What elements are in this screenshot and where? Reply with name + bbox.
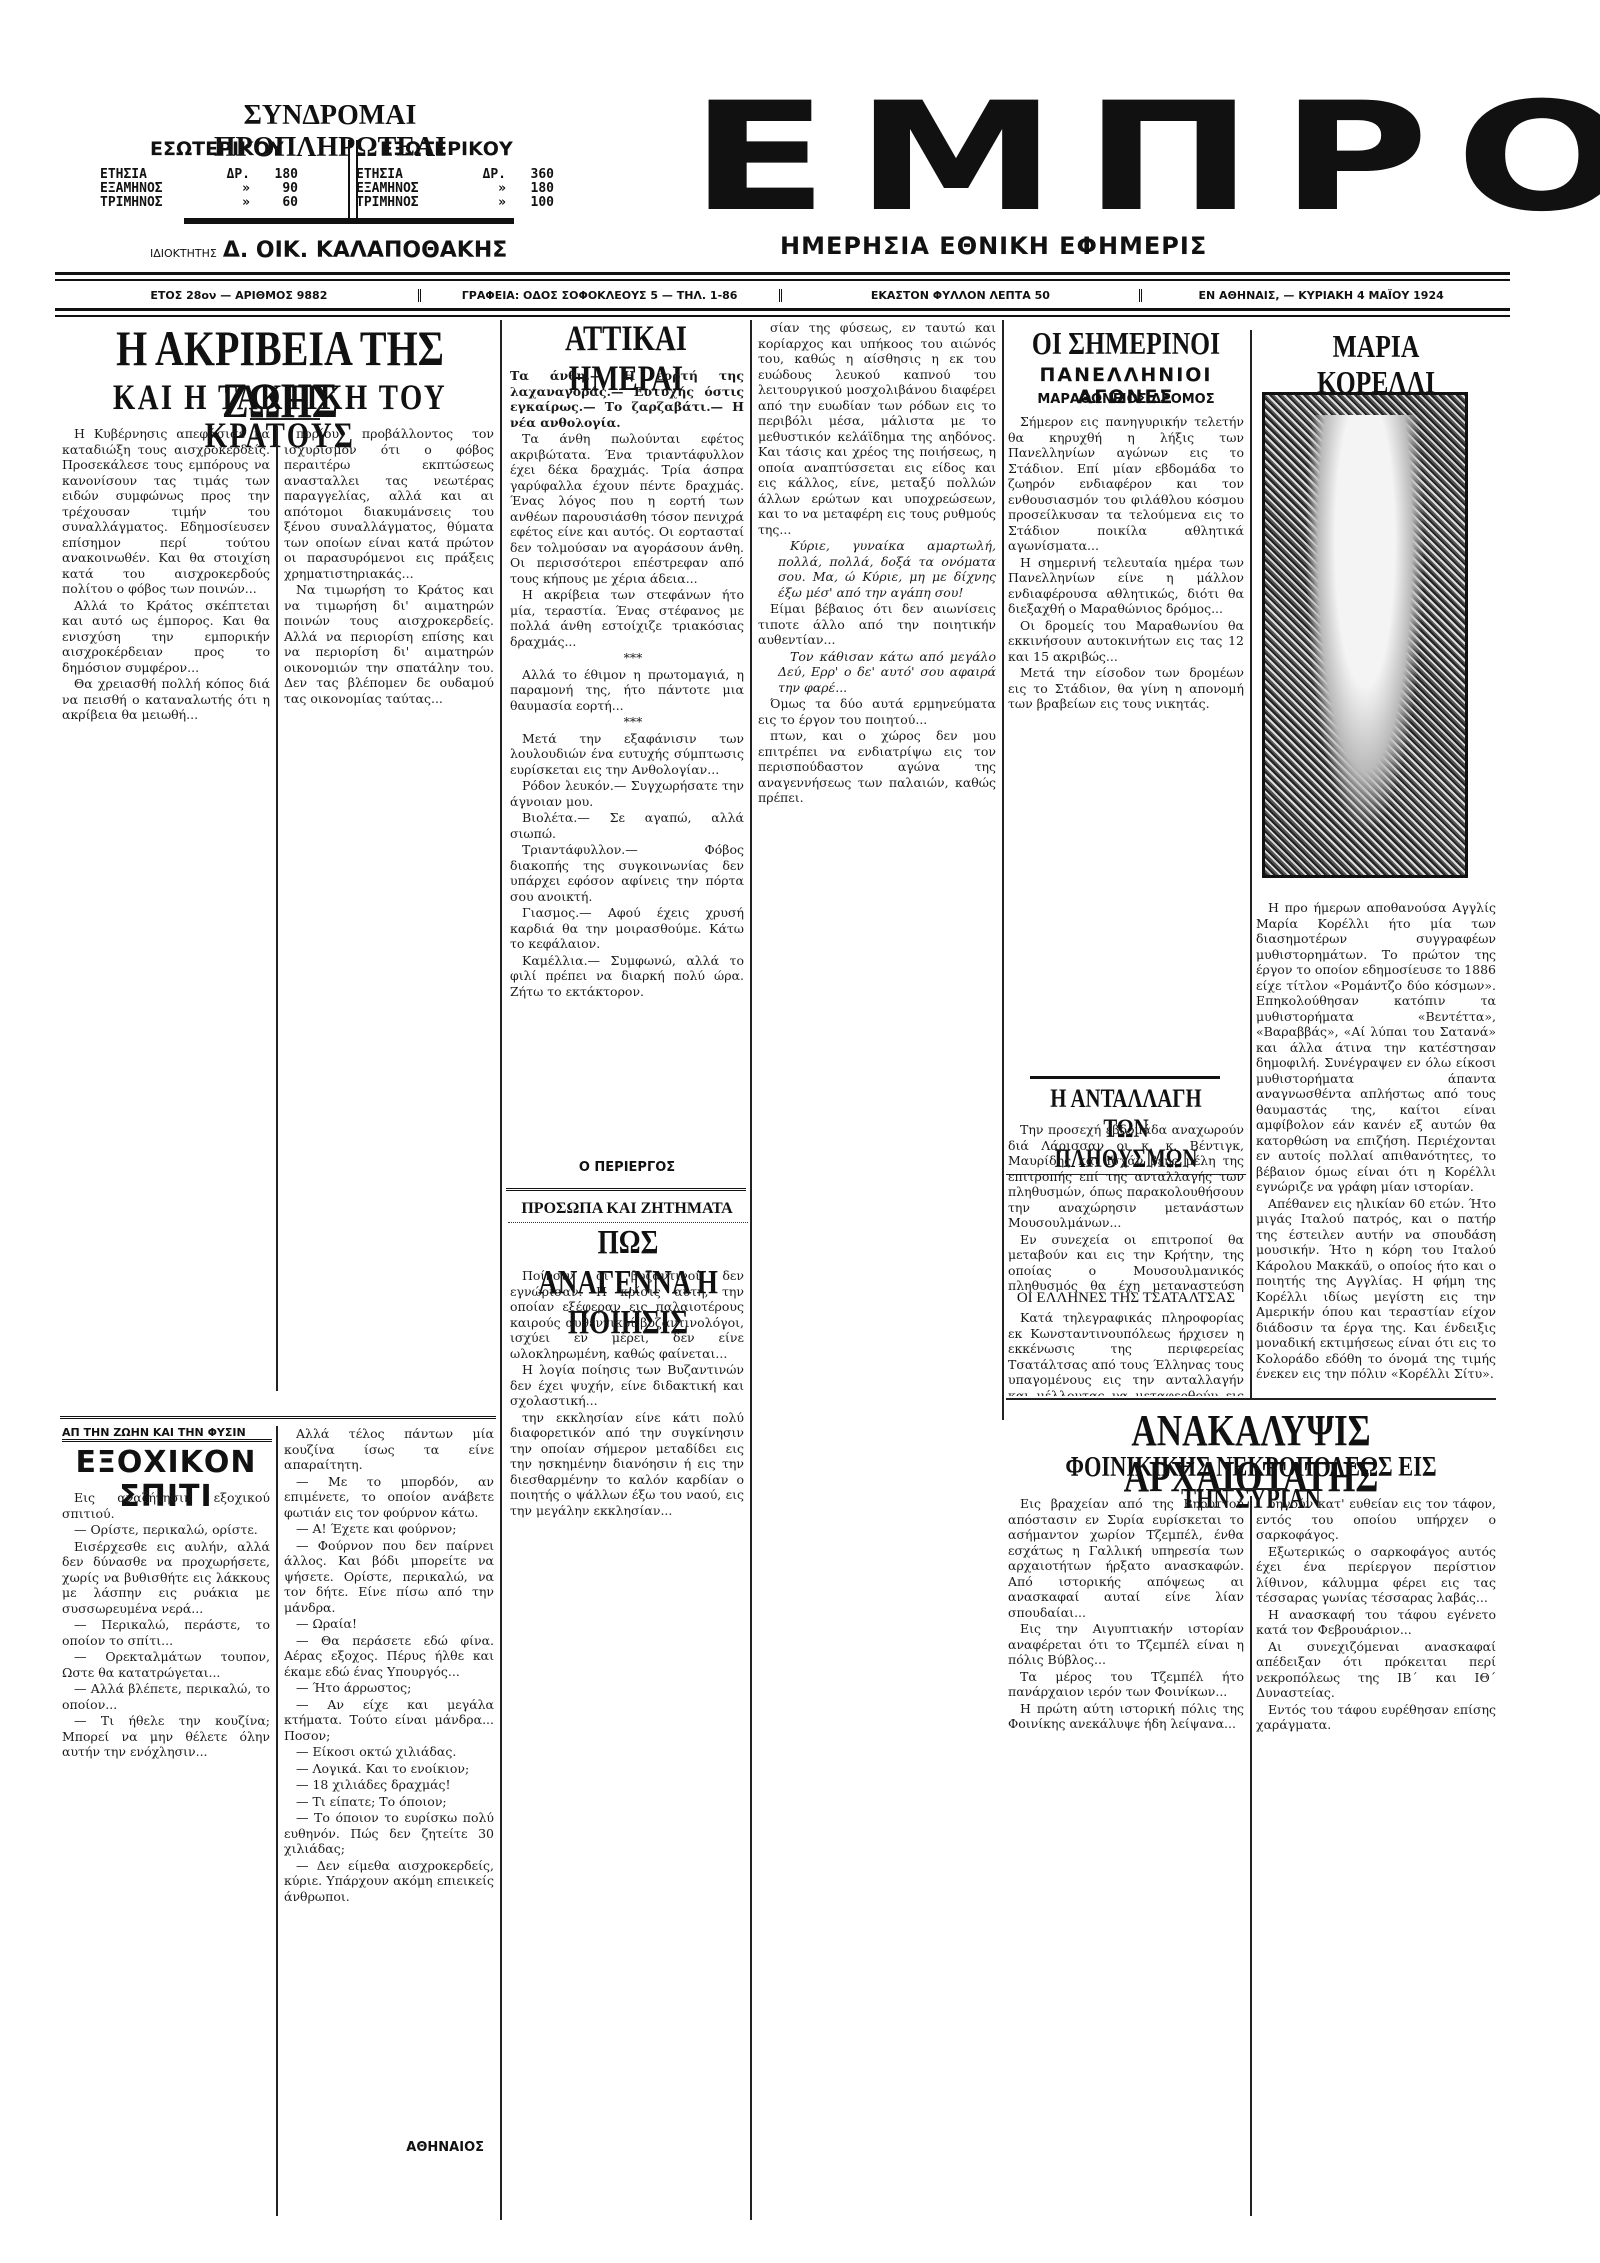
issue-price: ΕΚΑΣΤΟΝ ΦΥΛΛΟΝ ΛΕΠΤΑ 50 bbox=[782, 289, 1143, 302]
attikai-signature: Ο ΠΕΡΙΕΡΓΟΣ bbox=[510, 1160, 744, 1175]
dateline: ΕΝ ΑΘΗΝΑΙΣ, — ΚΥΡΙΑΚΗ 4 ΜΑΪΟΥ 1924 bbox=[1142, 289, 1500, 302]
article-akriveia-col1: Η Κυβέρνησις απεφάσισε να καταδιώξη τους… bbox=[62, 426, 270, 1396]
column-rule bbox=[1250, 1496, 1252, 2216]
divider bbox=[506, 1188, 746, 1191]
article-attikai-col1: Τα άνθη.— Η εορτή της λαχαναγοράς.— Ευτυ… bbox=[510, 368, 744, 1158]
kicker-prosopa: ΠΡΟΣΩΠΑ ΚΑΙ ΖΗΤΗΜΑΤΑ bbox=[510, 1200, 744, 1218]
price-row: ΤΡΙΜΗΝΟΣ»60 bbox=[100, 196, 298, 210]
article-koreli: Η προ ήμερων αποθανούσα Αγγλίς Μαρία Κορ… bbox=[1256, 900, 1496, 1390]
divider bbox=[1215, 1488, 1285, 1490]
owner-name: Δ. ΟΙΚ. ΚΑΛΑΠΟΘΑΚΗΣ bbox=[223, 238, 507, 263]
exochikon-signature: ΑΘΗΝΑΙΟΣ bbox=[284, 2140, 484, 2155]
price-row: ΕΤΗΣΙΑΔΡ.180 bbox=[100, 168, 298, 182]
column-rule bbox=[1002, 320, 1004, 1420]
column-rule bbox=[750, 320, 752, 2220]
column-rule bbox=[1250, 330, 1252, 1400]
newspaper-tagline: ΗΜΕΡΗΣΙΑ ΕΘΝΙΚΗ ΕΦΗΜΕΡΙΣ bbox=[780, 232, 1207, 260]
price-row: ΕΤΗΣΙΑΔΡ.360 bbox=[356, 168, 554, 182]
article-agones: Σήμερον εις πανηγυρικήν τελετήν θα κηρυχ… bbox=[1008, 414, 1244, 1069]
article-akriveia-col2: πορίου, προβάλλοντος τον ισχυρισμόν ότι … bbox=[284, 426, 494, 1396]
column-rule bbox=[276, 1426, 278, 2216]
price-row: ΕΞΑΜΗΝΟΣ»180 bbox=[356, 182, 554, 196]
owner-line: ΙΔΙΟΚΤΗΤΗΣΔ. ΟΙΚ. ΚΑΛΑΠΟΘΑΚΗΣ bbox=[150, 238, 507, 263]
domestic-label: ΕΣΩΤΕΡΙΚΟΥ bbox=[150, 138, 284, 160]
owner-label: ΙΔΙΟΚΤΗΤΗΣ bbox=[150, 247, 217, 260]
article-poiisis-col1: Ποίησιν οι βυζαντινοί δεν εγνώρισαν. Η κ… bbox=[510, 1268, 744, 2228]
headline-koreli: ΜΑΡΙΑ ΚΟΡΕΛΛΙ bbox=[1256, 328, 1496, 400]
divider bbox=[250, 418, 320, 420]
article-exochikon-col2: Αλλά τέλος πάντων μία κουζίνα ίσως τα εί… bbox=[284, 1426, 494, 2134]
headline-agones: ΟΙ ΣΗΜΕΡΙΝΟΙ bbox=[1008, 326, 1244, 360]
divider bbox=[60, 1416, 496, 1419]
article-anakalypsis-col1: Εις βραχείαν από της Βηρυττού απόστασιν … bbox=[1008, 1496, 1244, 2216]
article-attikai-col2: σίαν της φύσεως, εν ταυτώ και κορίαρχος … bbox=[758, 320, 996, 2200]
photo-figure bbox=[1305, 415, 1425, 835]
year-issue: ΕΤΟΣ 28ον — ΑΡΙΘΜΟΣ 9882 bbox=[60, 289, 421, 302]
price-row: ΕΞΑΜΗΝΟΣ»90 bbox=[100, 182, 298, 196]
foreign-price-table: ΕΤΗΣΙΑΔΡ.360 ΕΞΑΜΗΝΟΣ»180 ΤΡΙΜΗΝΟΣ»100 bbox=[356, 168, 554, 210]
article-exochikon-col1: Εις αναζήτησιν εξοχικού σπιτιού. — Ορίστ… bbox=[62, 1490, 270, 2220]
price-row: ΤΡΙΜΗΝΟΣ»100 bbox=[356, 196, 554, 210]
subheadline-tsataltsa: ΟΙ ΕΛΛΗΝΕΣ ΤΗΣ ΤΣΑΤΑΛΤΣΑΣ bbox=[1008, 1290, 1244, 1307]
column-rule bbox=[276, 426, 278, 1391]
domestic-price-table: ΕΤΗΣΙΑΔΡ.180 ΕΞΑΜΗΝΟΣ»90 ΤΡΙΜΗΝΟΣ»60 bbox=[100, 168, 298, 210]
article-antallagi: Την προσεχή εβδομάδα αναχωρούν διά Λάρισ… bbox=[1008, 1122, 1244, 1292]
offices: ΓΡΑΦΕΙΑ: ΟΔΟΣ ΣΟΦΟΚΛΕΟΥΣ 5 — ΤΗΛ. 1-86 bbox=[421, 289, 782, 302]
info-bar: ΕΤΟΣ 28ον — ΑΡΙΘΜΟΣ 9882 ΓΡΑΦΕΙΑ: ΟΔΟΣ Σ… bbox=[60, 284, 1500, 306]
foreign-label: ΕΞΩΤΕΡΙΚΟΥ bbox=[380, 138, 513, 160]
subtitle-marathon: ΜΑΡΑΘΩΝΕΙΟΣ ΔΡΟΜΟΣ bbox=[1008, 392, 1244, 407]
article-tsataltsa: Κατά τηλεγραφικάς πληροφορίας εκ Κωνσταν… bbox=[1008, 1310, 1244, 1396]
kicker-exochikon: ΑΠ ΤΗΝ ΖΩΗΝ ΚΑΙ ΤΗΝ ΦΥΣΙΝ bbox=[62, 1426, 272, 1442]
divider bbox=[1030, 1076, 1220, 1079]
article-anakalypsis-col2: δηγούν κατ' ευθείαν εις τον τάφον, εντός… bbox=[1256, 1496, 1496, 2216]
subscriptions-bar bbox=[184, 218, 514, 224]
divider bbox=[1006, 1398, 1496, 1400]
masthead-rule bbox=[55, 272, 1510, 281]
info-rule bbox=[55, 308, 1510, 317]
portrait-photo bbox=[1262, 392, 1468, 878]
column-rule bbox=[500, 320, 502, 2220]
newspaper-logo: ΕΜΠΡΟΣ bbox=[690, 98, 1600, 218]
